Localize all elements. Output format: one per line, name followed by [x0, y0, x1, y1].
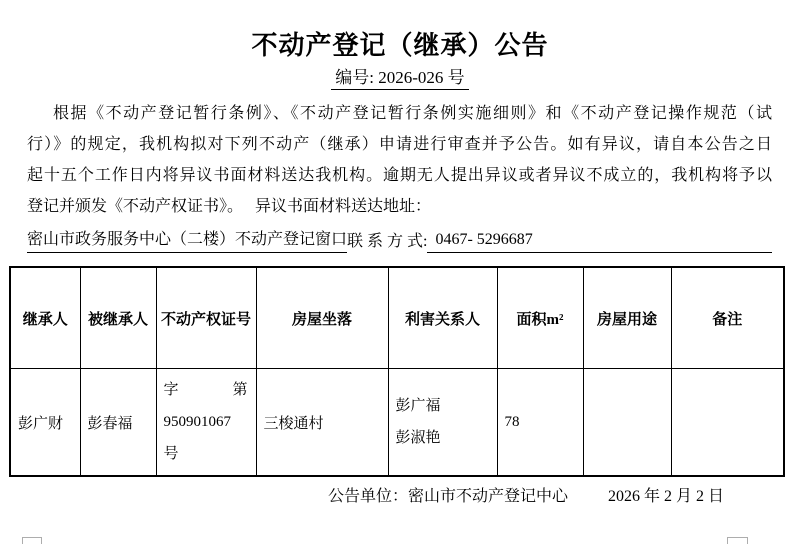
cell-remarks [671, 369, 784, 477]
header-cert-number: 不动产权证号 [156, 267, 256, 369]
inheritance-table: 继承人 被继承人 不动产权证号 房屋坐落 利害关系人 面积m² 房屋用途 备注 … [9, 266, 785, 477]
header-house-usage: 房屋用途 [583, 267, 671, 369]
announcement-document: 不动产登记（继承）公告 编号: 2026-026 号 根据《不动产登记暂行条例》… [0, 0, 800, 544]
notice-paragraph: 根据《不动产登记暂行条例》、《不动产登记暂行条例实施细则》和《不动产登记操作规范… [27, 98, 772, 222]
bottom-right-placeholder-box [727, 537, 748, 544]
header-house-location: 房屋坐落 [256, 267, 388, 369]
serial-number-row: 编号: 2026-026 号 [0, 63, 800, 90]
announcement-date: 2026 年 2 月 2 日 [608, 488, 724, 505]
cell-house-usage [583, 369, 671, 477]
footer-line: 公告单位：密山市不动产登记中心2026 年 2 月 2 日 [328, 487, 724, 507]
cell-heir: 彭广财 [10, 369, 80, 477]
cert-number-value: 950901067 号 [164, 406, 248, 470]
cell-decedent: 彭春福 [80, 369, 156, 477]
cert-mid: 第 [232, 374, 247, 406]
header-area: 面积m² [497, 267, 583, 369]
stakeholder-1: 彭广福 [396, 390, 489, 422]
bottom-left-placeholder-box [22, 537, 42, 544]
header-remarks: 备注 [671, 267, 784, 369]
cell-area: 78 [497, 369, 583, 477]
header-heir: 继承人 [10, 267, 80, 369]
paragraph-line-2: 行）》的规定，我机构拟对下列不动产（继承）申请进行审查并予公告。如有异议，请自本… [27, 129, 772, 160]
contact-phone: 0467- 5296687 [435, 231, 532, 248]
cell-stakeholders: 彭广福 彭淑艳 [388, 369, 497, 477]
delivery-address: 密山市政务服务中心（二楼）不动产登记窗口 [27, 229, 347, 253]
paragraph-line-1: 根据《不动产登记暂行条例》、《不动产登记暂行条例实施细则》和《不动产登记操作规范… [27, 98, 772, 129]
delivery-address-line: 密山市政务服务中心（二楼）不动产登记窗口 联 系 方 式: 0467- 5296… [27, 229, 772, 253]
serial-number: 编号: 2026-026 号 [331, 63, 468, 90]
cert-prefix: 字 [164, 374, 179, 406]
page-title: 不动产登记（继承）公告 [0, 30, 800, 62]
contact-phone-underline: 0467- 5296687 [427, 229, 772, 253]
table-header-row: 继承人 被继承人 不动产权证号 房屋坐落 利害关系人 面积m² 房屋用途 备注 [10, 267, 784, 369]
paragraph-line-4: 登记并颁发《不动产权证书》。 异议书面材料送达地址： [27, 191, 772, 222]
cell-cert-number: 字 第 950901067 号 [156, 369, 256, 477]
header-decedent: 被继承人 [80, 267, 156, 369]
announcing-unit: 公告单位：密山市不动产登记中心 [328, 488, 568, 505]
header-stakeholders: 利害关系人 [388, 267, 497, 369]
stakeholder-2: 彭淑艳 [396, 422, 489, 454]
cell-house-location: 三梭通村 [256, 369, 388, 477]
table-row: 彭广财 彭春福 字 第 950901067 号 三梭通村 彭广福 彭淑艳 78 [10, 369, 784, 477]
contact-method-label: 联 系 方 式: [347, 231, 427, 253]
paragraph-line-3: 起十五个工作日内将异议书面材料送达我机构。逾期无人提出异议或者异议不成立的，我机… [27, 160, 772, 191]
